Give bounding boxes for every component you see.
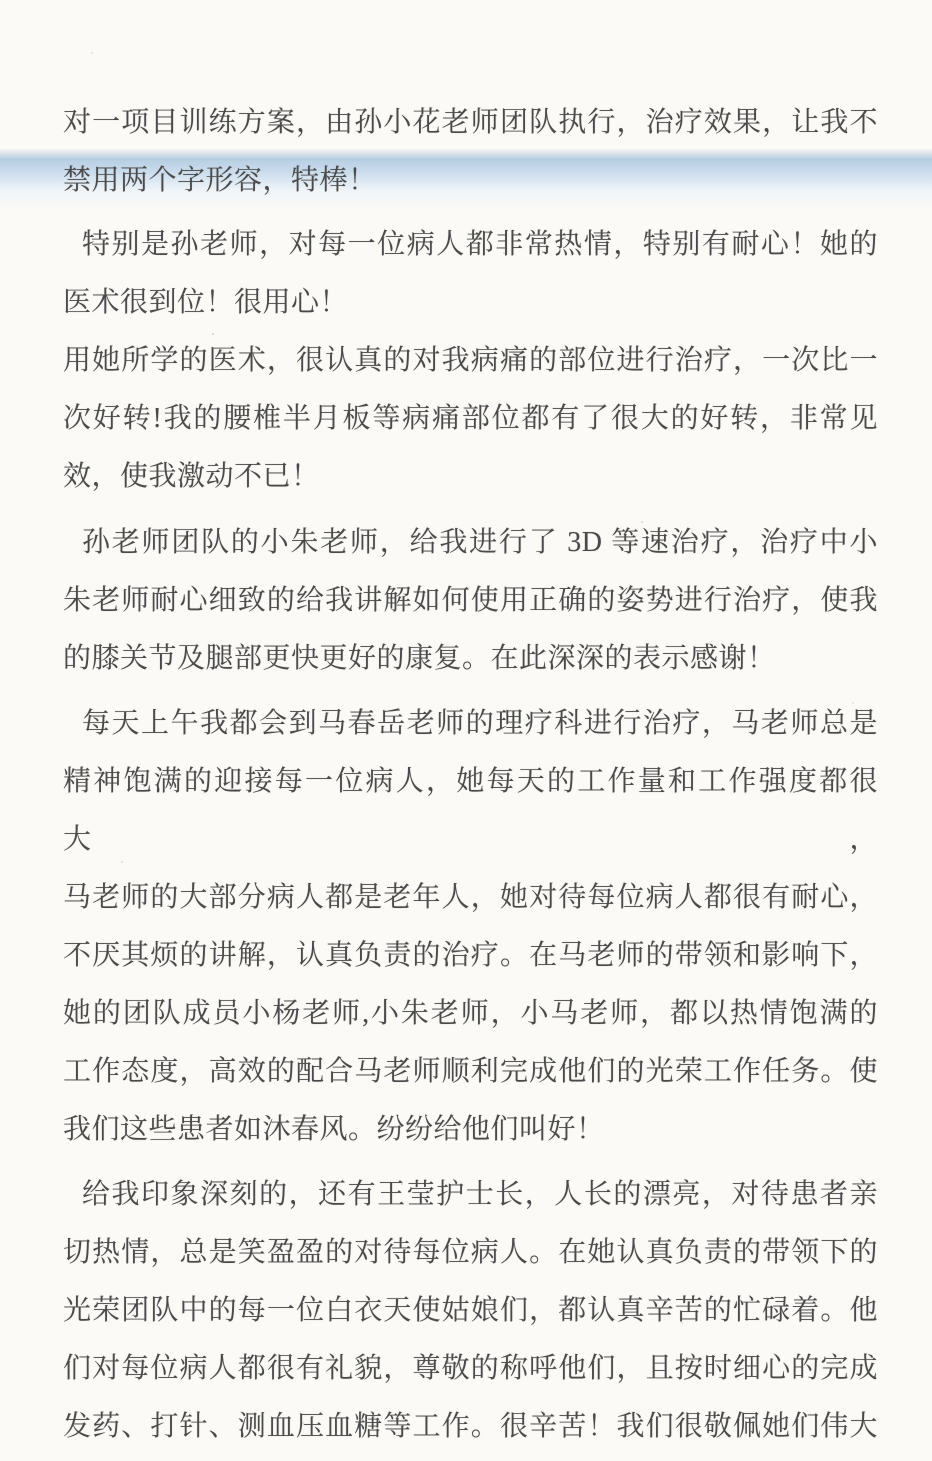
scanned-letter-page: 对一项目训练方案，由孙小花老师团队执行，治疗效果，让我不禁用两个字形容，特棒！特… bbox=[0, 0, 932, 1461]
text-line: 效，使我激动不已！ bbox=[63, 448, 878, 506]
paragraph-3: 用她所学的医术，很认真的对我病痛的部位进行治疗，一次比一次好转!我的腰椎半月板等… bbox=[63, 332, 878, 506]
text-line: 对一项目训练方案，由孙小花老师团队执行，治疗效果，让我不 bbox=[63, 94, 878, 152]
text-line: 特别是孙老师，对每一位病人都非常热情，特别有耐心！她的 bbox=[63, 216, 878, 274]
paragraph-2: 特别是孙老师，对每一位病人都非常热情，特别有耐心！她的医术很到位！很用心！ bbox=[63, 216, 878, 332]
text-line: 工作态度，高效的配合马老师顺利完成他们的光荣工作任务。使 bbox=[63, 1043, 878, 1101]
text-line: 朱老师耐心细致的给我讲解如何使用正确的姿势进行治疗，使我 bbox=[63, 572, 878, 630]
text-line: 我们这些患者如沐春风。纷纷给他们叫好！ bbox=[63, 1101, 878, 1159]
text-line: 马老师的大部分病人都是老年人，她对待每位病人都很有耐心， bbox=[63, 869, 878, 927]
text-line: 的膝关节及腿部更快更好的康复。在此深深的表示感谢！ bbox=[63, 630, 878, 688]
text-line: 光荣团队中的每一位白衣天使姑娘们，都认真辛苦的忙碌着。他 bbox=[63, 1282, 878, 1340]
text-line: 切热情，总是笑盈盈的对待每位病人。在她认真负责的带领下的 bbox=[63, 1224, 878, 1282]
text-line: 禁用两个字形容，特棒！ bbox=[63, 152, 878, 210]
text-line: 发药、打针、测血压血糖等工作。很辛苦！我们很敬佩她们伟大 bbox=[63, 1398, 878, 1456]
scan-speckles bbox=[0, 0, 2, 2]
text-line: 给我印象深刻的，还有王莹护士长，人长的漂亮，对待患者亲 bbox=[63, 1166, 878, 1224]
text-line: 不厌其烦的讲解，认真负责的治疗。在马老师的带领和影响下， bbox=[63, 927, 878, 985]
paragraph-4: 孙老师团队的小朱老师，给我进行了 3D 等速治疗，治疗中小朱老师耐心细致的给我讲… bbox=[63, 514, 878, 688]
letter-body: 对一项目训练方案，由孙小花老师团队执行，治疗效果，让我不禁用两个字形容，特棒！特… bbox=[63, 0, 878, 1456]
text-line: 精神饱满的迎接每一位病人，她每天的工作量和工作强度都很大， bbox=[63, 753, 878, 869]
paragraph-5: 每天上午我都会到马春岳老师的理疗科进行治疗，马老师总是精神饱满的迎接每一位病人，… bbox=[63, 695, 878, 1159]
text-line: 用她所学的医术，很认真的对我病痛的部位进行治疗，一次比一 bbox=[63, 332, 878, 390]
text-line: 她的团队成员小杨老师,小朱老师，小马老师，都以热情饱满的 bbox=[63, 985, 878, 1043]
paragraph-1: 对一项目训练方案，由孙小花老师团队执行，治疗效果，让我不禁用两个字形容，特棒！ bbox=[63, 94, 878, 210]
paragraph-6: 给我印象深刻的，还有王莹护士长，人长的漂亮，对待患者亲切热情，总是笑盈盈的对待每… bbox=[63, 1166, 878, 1456]
text-line: 们对每位病人都很有礼貌，尊敬的称呼他们，且按时细心的完成 bbox=[63, 1340, 878, 1398]
text-line: 每天上午我都会到马春岳老师的理疗科进行治疗，马老师总是 bbox=[63, 695, 878, 753]
text-line: 医术很到位！很用心！ bbox=[63, 274, 878, 332]
text-line: 孙老师团队的小朱老师，给我进行了 3D 等速治疗，治疗中小 bbox=[63, 514, 878, 572]
text-line: 次好转!我的腰椎半月板等病痛部位都有了很大的好转，非常见 bbox=[63, 390, 878, 448]
